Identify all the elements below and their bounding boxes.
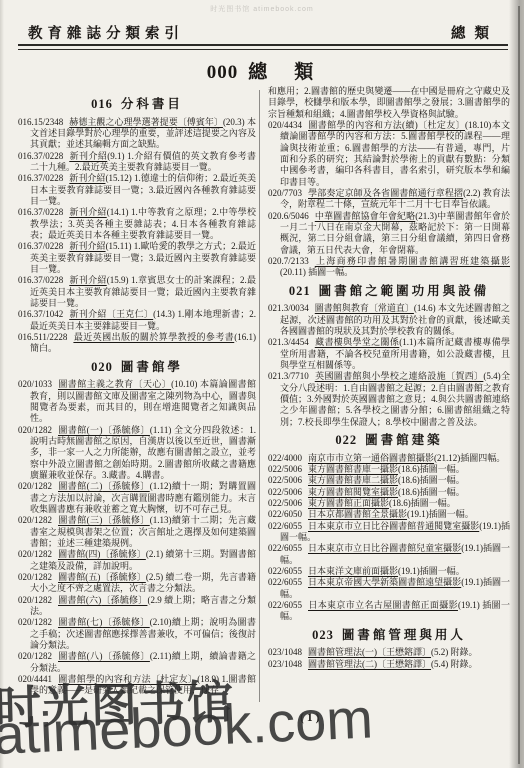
entry-call-number: 022/5006 xyxy=(268,475,302,485)
entry-call-number: 020/1282 xyxy=(18,481,52,491)
section-heading-label: 圖書館學 xyxy=(121,360,183,374)
entry-title: 日本東京市立日比谷圖書館兒童室攝影 xyxy=(308,543,461,553)
entry-body: (18.6)插圖一幅。 xyxy=(398,487,465,497)
left-column: 016分科書目016.15/2348赫德主觀之心理學選著提要〔傅賓年〕(20.3… xyxy=(18,92,256,697)
entry-call-number: 016.37/0228 xyxy=(18,241,63,251)
entry-call-number: 022/5006 xyxy=(268,498,302,508)
entry-title: 上海商務印書館暑期圖書館講習班建築攝影 xyxy=(315,256,510,266)
index-entry: 022/6055日本東京市立日比谷圖書館兒童室攝影(19.1)插圖一幅。 xyxy=(268,543,510,566)
index-entry: 016.37/0228新刊介紹(9.1) 1.介紹有價值的英文教育參考書二十九種… xyxy=(18,151,256,174)
entry-call-number: 020/7703 xyxy=(268,188,302,198)
index-entry: 016.37/0228新刊介紹(15.12) 1.德違士的信仰術；2.最近英美日… xyxy=(18,173,256,207)
entry-title: 中華圖書館協會年會紀略 xyxy=(315,211,415,221)
index-entry: 020.6/5046中華圖書館協會年會紀略(21.3)中華圖書館年會於一月二十八… xyxy=(268,211,510,256)
entry-author: 〔孫毓修〕 xyxy=(102,481,149,491)
entry-author: 〔王懋鎔譯〕 xyxy=(377,659,431,669)
entry-call-number: 020/4434 xyxy=(268,120,302,130)
entry-author: 〔孫毓修〕 xyxy=(100,549,145,559)
entry-title: 東方圖書館書庫一攝影 xyxy=(308,464,398,474)
index-entry: 021.3/7710英國圖書館與小學校之連絡設施〔賀西〕(5.4)全文分八段述明… xyxy=(268,371,510,428)
index-entry: 022/6055日本東京市立日比谷圖書館普通閱覽室攝影(19.1)插圖一幅。 xyxy=(268,521,510,544)
entry-call-number: 016.37/1042 xyxy=(18,309,63,319)
entry-body: (14.1) 1.中等教育之原理；2.中等學校教學法；3.英美各種主要雜誌表；4… xyxy=(30,207,256,240)
entry-body: (20.11) 插圖一幅。 xyxy=(280,267,353,277)
entry-author: 〔孫毓修〕 xyxy=(102,515,149,525)
entry-body: (5.4) 附錄。 xyxy=(431,659,478,669)
entry-call-number: 021.3/7710 xyxy=(268,371,309,381)
index-entry: 020/1282圖書館(五)〔孫毓修〕(2.5) 續二卷一期，先言書籍大小之度不… xyxy=(18,572,256,595)
header-double-rule xyxy=(18,44,508,50)
index-entry: 022/5006東方圖書館書庫二攝影(18.6)插圖一幅。 xyxy=(268,475,510,486)
entry-body: (19.1)插圖一幅。 xyxy=(398,566,465,576)
entry-author: 〔天心〕 xyxy=(134,379,172,389)
index-entry: 020/7703學部奏定京師及各省圖書館通行章程摺(2.2) 教育法令，附章程二… xyxy=(268,188,510,211)
entry-continuation: 和應用；2.圖書館的歷史與變遷——在中國是冊府之守藏史及目錄學，校讎學和版本學，… xyxy=(268,86,510,120)
entry-title: 圖書館主義之教育 xyxy=(58,379,134,389)
index-entry: 022/5006東方圖書館閱覽室攝影(18.6)插圖一幅。 xyxy=(268,487,510,498)
section-heading-number: 016 xyxy=(91,97,113,111)
section-heading: 016分科書目 xyxy=(18,97,256,113)
entry-call-number: 022/6055 xyxy=(268,577,302,587)
column-divider-rule xyxy=(259,90,260,702)
index-entry: 020/1282圖書館(四)〔孫毓修〕(2.1) 續第十三期。對圖書館之建築及設… xyxy=(18,549,256,572)
index-entry: 020.7/2133上海商務印書館暑期圖書館講習班建築攝影(20.11) 插圖一… xyxy=(268,256,510,279)
entry-call-number: 016.37/0228 xyxy=(18,173,63,183)
entry-title: 日本東京帝國大學新築圖書館遠望攝影 xyxy=(308,577,461,587)
top-watermark: 时光图书馆 atimebook.com xyxy=(162,4,362,14)
index-entry: 016.37/0228新刊介紹(15.9) 1.章賓思女士的計案課程；2.最近英… xyxy=(18,275,256,309)
entry-title: 圖書館學的內容和方法(續) xyxy=(308,120,418,130)
entry-author: 〔王懋鎔譯〕 xyxy=(377,647,431,657)
entry-author: 〔王克仁〕 xyxy=(107,309,153,319)
entry-title: 圖書館與教育 xyxy=(315,303,369,313)
index-entry: 020/1282圖書館(六)〔孫毓修〕(2.9 續上期；略言書之分類法。 xyxy=(18,595,256,618)
index-entry: 021.3/0034圖書館與教育〔常道直〕(14.6) 本文先述圖書館之起源，次… xyxy=(268,303,510,337)
section-heading-number: 021 xyxy=(289,284,311,298)
entry-title: 圖書館管理法(一) xyxy=(308,647,377,657)
entry-call-number: 022/6055 xyxy=(268,543,302,553)
entry-author: 〔常道直〕 xyxy=(369,303,414,313)
entry-title: 圖書館(五) xyxy=(58,572,100,582)
scan-edge-shadow xyxy=(509,0,524,768)
entry-body: (5.2) 附錄。 xyxy=(431,647,478,657)
entry-call-number: 016.15/2348 xyxy=(18,117,63,127)
section-heading-number: 023 xyxy=(312,628,334,642)
entry-call-number: 023/1048 xyxy=(268,647,302,657)
entry-title: 日本東洋文庫前面攝影 xyxy=(308,566,398,576)
section-heading-label: 圖書館建築 xyxy=(365,433,443,447)
entry-body: (15.9) 1.章賓思女士的計案課程；2.最近英美日本主要教育雜誌要目一覽；最… xyxy=(30,275,256,308)
index-entry: 020/1282圖書館(七)〔孫毓修〕(2.10)續上期；說明為圖書之手稿；次述… xyxy=(18,617,256,651)
entry-call-number: 016.37/0228 xyxy=(18,207,63,217)
index-entry: 022/4000南京市市立第一通俗圖書館攝影(21.12)插圖四幅。 xyxy=(268,453,510,464)
entry-call-number: 020.6/5046 xyxy=(268,211,309,221)
index-entry: 016.37/0228新刊介紹(14.1) 1.中等教育之原理；2.中等學校教學… xyxy=(18,207,256,241)
entry-call-number: 022/4000 xyxy=(268,453,302,463)
entry-title: 赫德主觀之心理學選著提要 xyxy=(69,117,177,127)
index-entry: 020/1282圖書館(一)〔孫毓修〕(1.11) 全文分四段敘述：1.說明古時… xyxy=(18,425,256,482)
entry-title: 藏書樓與學堂之關係 xyxy=(315,337,400,347)
index-entry: 016.37/1042新刊介紹〔王克仁〕(14.3) 1.剛本地理新書；2.最近… xyxy=(18,309,256,332)
section-heading-label: 圖書館之範圍功用與設備 xyxy=(319,284,490,298)
entry-call-number: 020/1282 xyxy=(18,651,52,661)
entry-call-number: 022/5006 xyxy=(268,487,302,497)
entry-title: 新刊介紹 xyxy=(69,241,105,251)
entry-title: 圖書館(八) xyxy=(58,651,102,661)
index-entry: 022/5006東方圖書館書庫一攝影(18.6)插圖一幅。 xyxy=(268,464,510,475)
entry-body: (15.12) 1.德違士的信仰術；2.最近英美日本主要教育雜誌要目一覽；3.最… xyxy=(30,173,256,206)
entry-title: 新刊介紹 xyxy=(69,173,105,183)
entry-call-number: 022/5006 xyxy=(268,464,302,474)
entry-author: 〔孫毓修〕 xyxy=(102,617,149,627)
entry-title: 東方圖書館閱覽室攝影 xyxy=(308,487,398,497)
entry-call-number: 020/1282 xyxy=(18,425,52,435)
entry-call-number: 021.3/4454 xyxy=(268,337,309,347)
entry-body: (18.6)插圖一幅。 xyxy=(398,475,465,485)
entry-title: 新刊介紹 xyxy=(69,151,107,161)
entry-body: 和應用；2.圖書館的歷史與變遷——在中國是冊府之守藏史及目錄學，校讎學和版本學，… xyxy=(268,86,510,119)
running-header-section: 總類 xyxy=(451,22,498,43)
entry-call-number: 022/6055 xyxy=(268,566,302,576)
entry-call-number: 021.3/0034 xyxy=(268,303,309,313)
entry-title: 新刊介紹 xyxy=(69,309,106,319)
entry-call-number: 020/1282 xyxy=(18,572,52,582)
section-heading-number: 020 xyxy=(91,360,113,374)
entry-call-number: 022/6055 xyxy=(268,600,302,610)
section-heading-number: 022 xyxy=(335,433,357,447)
entry-call-number: 020/1282 xyxy=(18,617,52,627)
entry-call-number: 023/1048 xyxy=(268,659,302,669)
index-entry: 022/6055日本東洋文庫前面攝影(19.1)插圖一幅。 xyxy=(268,566,510,577)
index-entry: 016.511/2228最近英國出版的關於算學教授的參考書(16.1)簡白。 xyxy=(18,332,256,355)
section-heading-label: 圖書館管理與用人 xyxy=(342,628,466,642)
index-entry: 022/6050日本京都圖書館全景攝影(19.1)插圖一幅。 xyxy=(268,509,510,520)
entry-title: 圖書館(三) xyxy=(58,515,102,525)
entry-title: 圖書館(一) xyxy=(58,425,102,435)
entry-author: 〔孫毓修〕 xyxy=(100,572,145,582)
entry-author: 〔孫毓修〕 xyxy=(102,425,149,435)
index-entry: 016.15/2348赫德主觀之心理學選著提要〔傅賓年〕(20.3) 本文首述目… xyxy=(18,117,256,151)
entry-call-number: 020/1282 xyxy=(18,595,52,605)
entry-call-number: 020/1033 xyxy=(18,379,52,389)
running-header-title: 教育雜誌分類索引 xyxy=(28,22,184,43)
entry-title: 東方圖書館書庫二攝影 xyxy=(308,475,398,485)
index-entry: 022/6055日本東京帝國大學新築圖書館遠望攝影(19.1)插圖一幅。 xyxy=(268,577,510,600)
entry-body: (18.6)插圖一幅。 xyxy=(389,498,456,508)
entry-call-number: 020/1282 xyxy=(18,549,52,559)
scan-left-edge xyxy=(0,0,4,768)
index-entry: 023/1048圖書館管理法(一)〔王懋鎔譯〕(5.2) 附錄。 xyxy=(268,647,510,658)
index-entry: 021.3/4454藏書樓與學堂之關係(1.1)本篇所記藏書樓專備學堂所用書籍，… xyxy=(268,337,510,371)
entry-title: 圖書館(六) xyxy=(58,595,101,605)
entry-title: 英國圖書館與小學校之連絡設施 xyxy=(315,371,446,381)
section-heading: 022圖書館建築 xyxy=(268,433,510,449)
entry-title: 東方圖書館正面攝影 xyxy=(308,498,389,508)
entry-title: 新刊介紹 xyxy=(69,275,106,285)
entry-body: (19.1)插圖一幅。 xyxy=(407,509,474,519)
index-entry: 020/1033圖書館主義之教育〔天心〕(10.10) 本篇論圖書館教育，則以圖… xyxy=(18,379,256,424)
entry-body: (21.12)插圖四幅。 xyxy=(434,453,505,463)
entry-author: 〔杜定友〕 xyxy=(418,120,465,130)
index-entry: 016.37/0228新刊介紹(15.11) 1.歐哈愛的教學之方式；2.最近英… xyxy=(18,241,256,275)
entry-author: 〔賀西〕 xyxy=(446,371,483,381)
entry-title: 新刊介紹 xyxy=(69,207,106,217)
entry-title: 日本東京市立日比谷圖書館普通閱覽室攝影 xyxy=(308,521,479,531)
entry-call-number: 016.511/2228 xyxy=(18,332,67,342)
entry-body: (15.11) 1.歐哈愛的教學之方式；2.最近英美主要教育雜誌要目一覽；3.最… xyxy=(30,241,256,274)
page-title: 000總 類 xyxy=(0,57,524,84)
scan-edge-line xyxy=(518,6,520,764)
entry-body: (9.1) 1.介紹有價值的英文教育參考書二十九種。2.最近英美主要教育雜誌要目… xyxy=(30,151,256,172)
entry-author: 〔孫毓修〕 xyxy=(102,651,149,661)
entry-title: 圖書館(七) xyxy=(58,617,102,627)
entry-title: 日本東京市立名古屋圖書館正面攝影 xyxy=(308,600,458,610)
entry-title: 圖書館(二) xyxy=(58,481,102,491)
entry-title: 最近英國出版的關於算學教授的參考書 xyxy=(73,332,234,342)
index-entry: 023/1048圖書館管理法(二)〔王懋鎔譯〕(5.4) 附錄。 xyxy=(268,659,510,670)
section-heading: 021圖書館之範圍功用與設備 xyxy=(268,284,510,300)
entry-body: (18.6)插圖一幅。 xyxy=(398,464,465,474)
index-entry: 022/6055日本東京市立名古屋圖書館正面攝影(19.1) 插圖一幅。 xyxy=(268,600,510,623)
entry-title: 日本京都圖書館全景攝影 xyxy=(308,509,407,519)
entry-author: 〔孫毓修〕 xyxy=(101,595,147,605)
index-entry: 020/1282圖書館(三)〔孫毓修〕(1.13)續第十二期；先言藏書室之規模與… xyxy=(18,515,256,549)
entry-author: 〔傅賓年〕 xyxy=(178,117,223,127)
section-heading: 020圖書館學 xyxy=(18,360,256,376)
index-entry: 022/5006東方圖書館正面攝影(18.6)插圖一幅。 xyxy=(268,498,510,509)
entry-call-number: 020.7/2133 xyxy=(268,256,309,266)
index-entry: 020/4434圖書館學的內容和方法(續)〔杜定友〕(18.10)本文續論圖書館… xyxy=(268,120,510,188)
entry-title: 圖書館(四) xyxy=(58,549,100,559)
entry-call-number: 016.37/0228 xyxy=(18,151,63,161)
entry-title: 南京市市立第一通俗圖書館攝影 xyxy=(308,453,434,463)
entry-call-number: 016.37/0228 xyxy=(18,275,63,285)
right-column: 和應用；2.圖書館的歷史與變遷——在中國是冊府之守藏史及目錄學，校讎學和版本學，… xyxy=(268,86,510,670)
section-heading: 023圖書館管理與用人 xyxy=(268,628,510,644)
entry-call-number: 022/6055 xyxy=(268,521,302,531)
page-title-text: 總 類 xyxy=(248,62,317,83)
page-title-number: 000 xyxy=(207,62,239,83)
entry-call-number: 020/1282 xyxy=(18,515,52,525)
entry-title: 學部奏定京師及各省圖書館通行章程摺 xyxy=(308,188,463,198)
section-heading-label: 分科書目 xyxy=(121,97,183,111)
entry-call-number: 022/6050 xyxy=(268,509,302,519)
index-entry: 020/1282圖書館(二)〔孫毓修〕(1.12)續十一期；對購置圖書之方法加以… xyxy=(18,481,256,515)
entry-title: 圖書館管理法(二) xyxy=(308,659,377,669)
